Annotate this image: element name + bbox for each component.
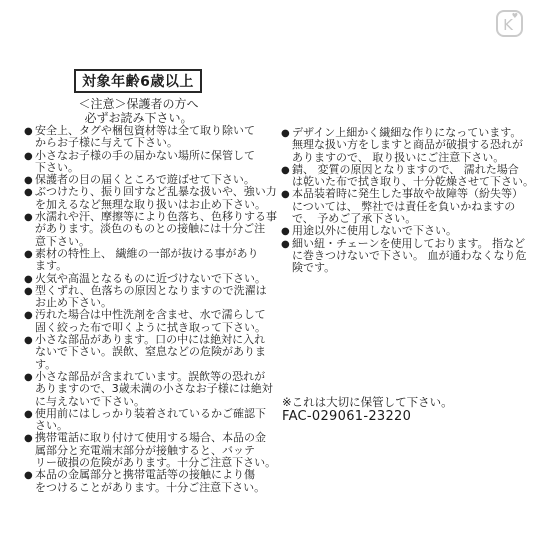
- bullet-icon: ●: [24, 151, 33, 162]
- warning-text: 小さな部品が含まれています。誤飲等の恐れが ありますので、3歳未満の小さなお子様…: [35, 370, 273, 408]
- bullet-icon: ●: [281, 189, 290, 200]
- bullet-icon: ●: [24, 175, 33, 186]
- warning-column-right: ●デザイン上細かく繊細な作りになっています。 無理な扱い方をしますと商品が破損す…: [283, 127, 539, 275]
- warning-item: ●錆、 変質の原因となりますので、 濡れた場合 は乾いた布で拭き取り、十分乾燥さ…: [283, 164, 539, 189]
- bullet-icon: ●: [281, 239, 290, 250]
- bullet-icon: ●: [281, 128, 290, 139]
- warning-text: 使用前にはしっかり装着されているかご確認下 さい。: [35, 407, 266, 432]
- warning-item: ●素材の特性上、 繊維の一部が抜ける事があり ます。: [26, 248, 284, 273]
- warning-item: ●水濡れや汗、摩擦等により色落ち、色移りする事 があります。淡色のものとの接触に…: [26, 211, 284, 248]
- bullet-icon: ●: [24, 372, 33, 383]
- bullet-icon: ●: [24, 409, 33, 420]
- bullet-icon: ●: [281, 226, 290, 237]
- caution-header-line2: 必ずお読み下さい。: [0, 112, 277, 126]
- warning-text: 火気や高温となるものに近づけないで下さい。: [35, 272, 266, 285]
- warning-item: ●本品装着時に発生した事故や故障等（紛失等） については、 弊社では責任を負いか…: [283, 188, 539, 225]
- warning-item: ●小さな部品があります。口の中には絶対に入れ ないで下さい。誤飲、窒息などの危険…: [26, 334, 284, 371]
- warning-text: 用途以外に使用しないで下さい。: [292, 224, 457, 237]
- product-code: FAC-029061-23220: [282, 409, 453, 424]
- warning-item: ●型くずれ、色落ちの原因となりますので洗濯は お止め下さい。: [26, 285, 284, 310]
- warning-item: ●小さな部品が含まれています。誤飲等の恐れが ありますので、3歳未満の小さなお子…: [26, 371, 284, 408]
- bullet-icon: ●: [24, 286, 33, 297]
- warning-list-right: ●デザイン上細かく繊細な作りになっています。 無理な扱い方をしますと商品が破損す…: [283, 127, 539, 275]
- keep-note: ※これは大切に保管して下さい。: [282, 396, 453, 409]
- bullet-icon: ●: [24, 212, 33, 223]
- warning-column-left: ●安全上、タグや梱包資材等は全て取り除いて からお子様に与えて下さい。 ●小さな…: [26, 125, 284, 494]
- bullet-icon: ●: [24, 249, 33, 260]
- warning-text: 小さな部品があります。口の中には絶対に入れ ないで下さい。誤飲、窒息などの危険が…: [35, 333, 266, 371]
- caution-header: ＜注意＞保護者の方へ 必ずお読み下さい。: [0, 98, 277, 125]
- warning-text: 素材の特性上、 繊維の一部が抜ける事があり ます。: [35, 247, 259, 272]
- bullet-icon: ●: [281, 165, 290, 176]
- warning-item: ●携帯電話に取り付けて使用する場合、本品の金 属部分と充電端末部分が接触すると、…: [26, 432, 284, 469]
- bullet-icon: ●: [24, 310, 33, 321]
- warning-text: 本品装着時に発生した事故や故障等（紛失等） については、 弊社では責任を負いかね…: [292, 187, 523, 225]
- bullet-icon: ●: [24, 274, 33, 285]
- warning-list-left: ●安全上、タグや梱包資材等は全て取り除いて からお子様に与えて下さい。 ●小さな…: [26, 125, 284, 494]
- warning-item: ●小さなお子様の手の届かない場所に保管して 下さい。: [26, 150, 284, 175]
- warning-item: ●使用前にはしっかり装着されているかご確認下 さい。: [26, 408, 284, 433]
- bullet-icon: ●: [24, 126, 33, 137]
- warning-item: ●ぶつけたり、振り回すなど乱暴な扱いや、強い力 を加えるなど無理な取り扱いはお止…: [26, 186, 284, 211]
- warning-text: 水濡れや汗、摩擦等により色落ち、色移りする事 があります。淡色のものとの接触には…: [35, 210, 277, 248]
- heart-icon: ♥: [512, 13, 518, 20]
- warning-item: ●汚れた場合は中性洗剤を含ませ、水で濡らして 固く絞った布で叩くように拭き取って…: [26, 309, 284, 334]
- footer: ※これは大切に保管して下さい。 FAC-029061-23220: [282, 396, 453, 424]
- bullet-icon: ●: [24, 433, 33, 444]
- warning-text: 汚れた場合は中性洗剤を含ませ、水で濡らして 固く絞った布で叩くように拭き取って下…: [35, 308, 266, 333]
- warning-text: 型くずれ、色落ちの原因となりますので洗濯は お止め下さい。: [35, 284, 267, 309]
- caution-header-line1: ＜注意＞保護者の方へ: [0, 98, 277, 112]
- bullet-icon: ●: [24, 335, 33, 346]
- age-limit-badge: 対象年齢6歳以上: [74, 69, 202, 93]
- warning-text: デザイン上細かく繊細な作りになっています。 無理な扱い方をしますと商品が破損する…: [292, 126, 523, 164]
- warning-item: ●細い紐・チェーンを使用しております。 指など に巻きつけないで下さい。 血が通…: [283, 238, 539, 275]
- warning-text: 錆、 変質の原因となりますので、 濡れた場合 は乾いた布で拭き取り、十分乾燥させ…: [292, 163, 534, 188]
- warning-text: 細い紐・チェーンを使用しております。 指など に巻きつけないで下さい。 血が通わ…: [292, 237, 527, 275]
- brand-logo: K ♥: [496, 10, 523, 37]
- warning-text: ぶつけたり、振り回すなど乱暴な扱いや、強い力 を加えるなど無理な取り扱いはお止め…: [35, 185, 277, 210]
- bullet-icon: ●: [24, 187, 33, 198]
- bullet-icon: ●: [24, 470, 33, 481]
- warning-item: ●安全上、タグや梱包資材等は全て取り除いて からお子様に与えて下さい。: [26, 125, 284, 150]
- warning-text: 安全上、タグや梱包資材等は全て取り除いて からお子様に与えて下さい。: [35, 124, 255, 149]
- warning-item: ●デザイン上細かく繊細な作りになっています。 無理な扱い方をしますと商品が破損す…: [283, 127, 539, 164]
- warning-item: ●本品の金属部分と携帯電話等の接触により傷 をつけることがあります。十分ご注意下…: [26, 469, 284, 494]
- warning-text: 本品の金属部分と携帯電話等の接触により傷 をつけることがあります。十分ご注意下さ…: [35, 468, 265, 493]
- warning-text: 小さなお子様の手の届かない場所に保管して 下さい。: [35, 149, 255, 174]
- warning-text: 携帯電話に取り付けて使用する場合、本品の金 属部分と充電端末部分が接触すると、バ…: [35, 431, 276, 469]
